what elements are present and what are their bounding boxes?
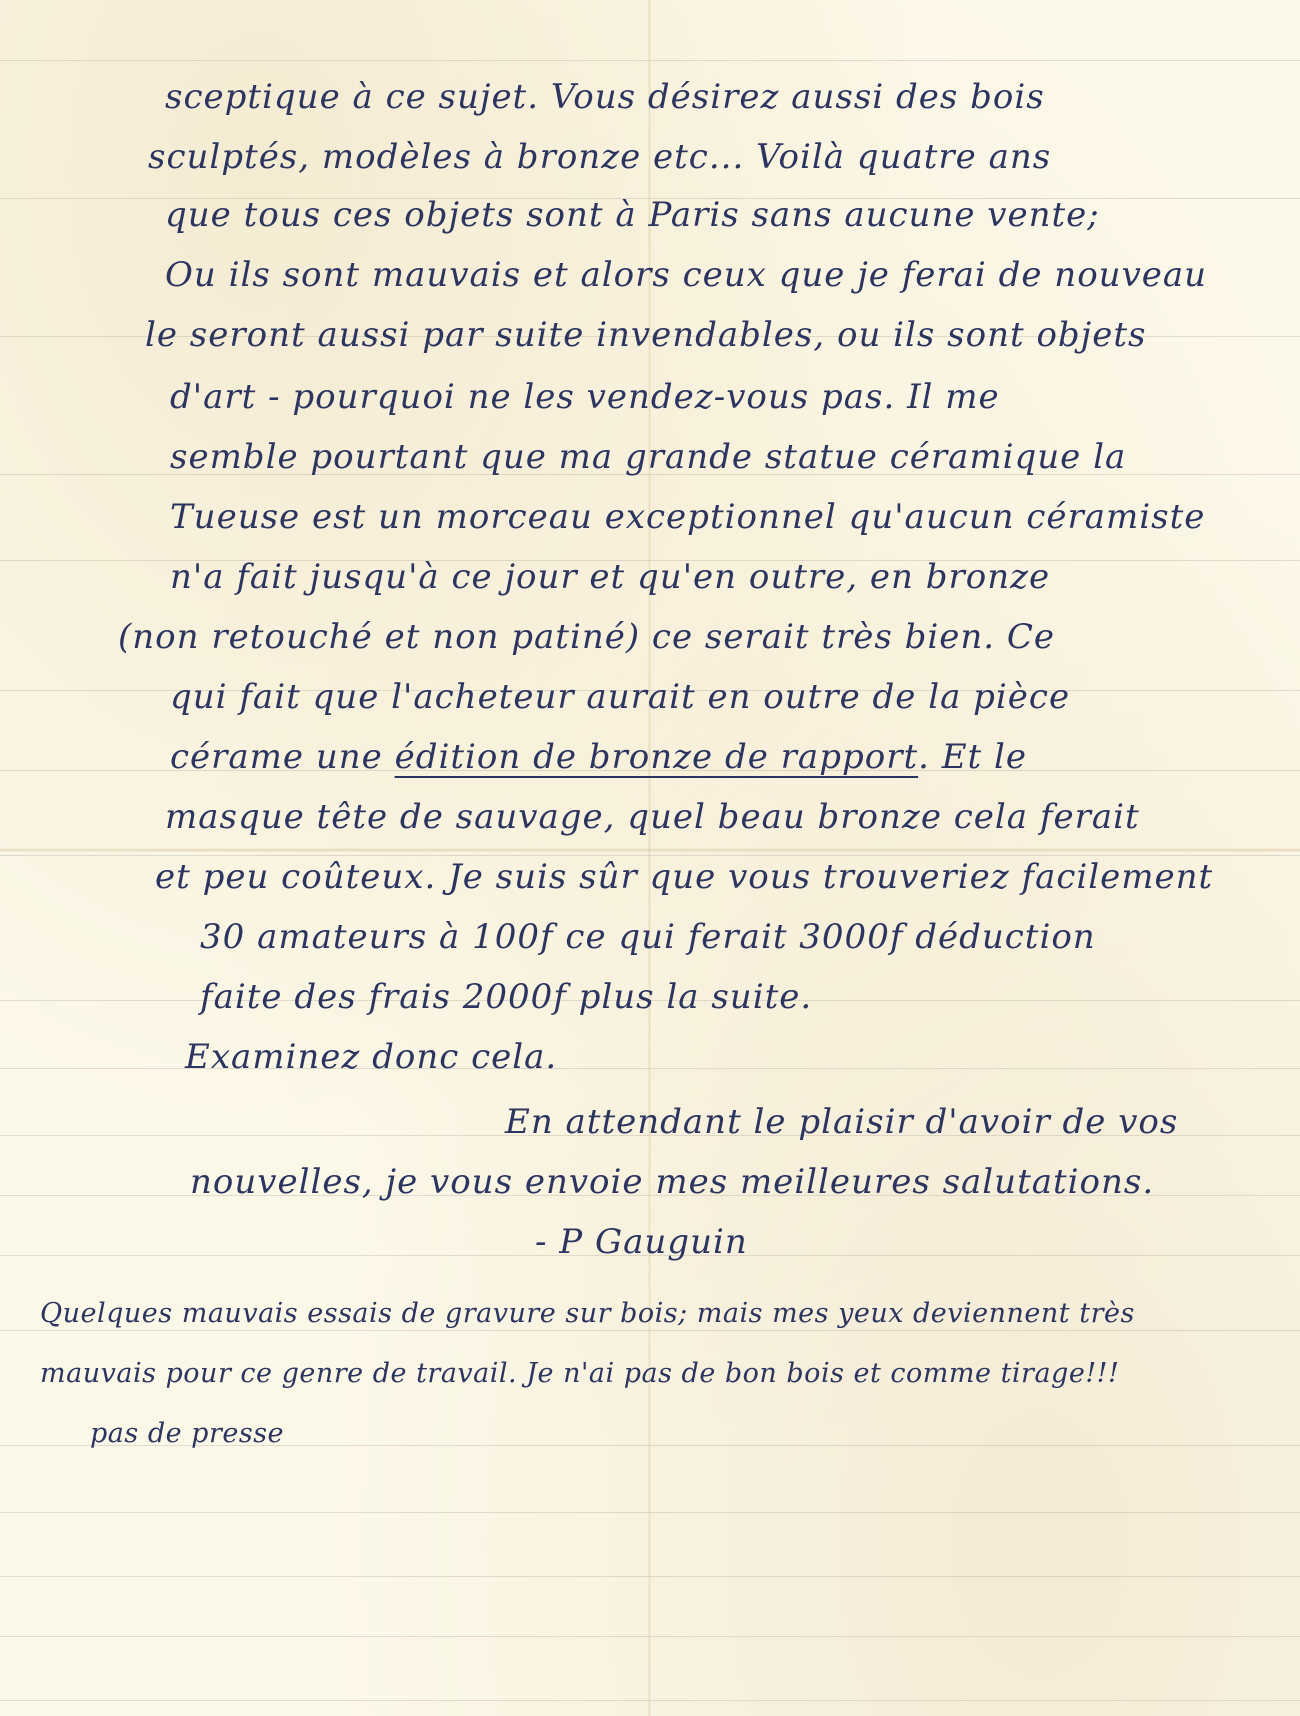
letter-line: Ou ils sont mauvais et alors ceux que je… bbox=[165, 258, 1207, 292]
underline-before: cérame une bbox=[170, 737, 395, 777]
letter-line: sceptique à ce sujet. Vous désirez aussi… bbox=[165, 80, 1045, 114]
signature: - P Gauguin bbox=[535, 1225, 748, 1259]
letter-line: que tous ces objets sont à Paris sans au… bbox=[165, 198, 1100, 232]
letter-line: faite des frais 2000f plus la suite. bbox=[200, 980, 812, 1014]
letter-line: qui fait que l'acheteur aurait en outre … bbox=[170, 680, 1070, 714]
letter-line: semble pourtant que ma grande statue cér… bbox=[170, 440, 1126, 474]
closing-line-2: nouvelles, je vous envoie mes meilleures… bbox=[190, 1165, 1154, 1199]
underline-after: . Et le bbox=[918, 737, 1027, 777]
letter-line: sculptés, modèles à bronze etc... Voilà … bbox=[148, 140, 1051, 174]
letter-line: n'a fait jusqu'à ce jour et qu'en outre,… bbox=[170, 560, 1050, 594]
postscript-line: mauvais pour ce genre de travail. Je n'a… bbox=[40, 1360, 1119, 1387]
letter-line: masque tête de sauvage, quel beau bronze… bbox=[165, 800, 1140, 834]
letter-page: sceptique à ce sujet. Vous désirez aussi… bbox=[0, 0, 1300, 1716]
letter-line: Examinez donc cela. bbox=[185, 1040, 557, 1074]
letter-line: et peu coûteux. Je suis sûr que vous tro… bbox=[155, 860, 1213, 894]
letter-line: (non retouché et non patiné) ce serait t… bbox=[118, 620, 1055, 654]
letter-line: d'art - pourquoi ne les vendez-vous pas.… bbox=[170, 380, 1000, 414]
postscript-line: Quelques mauvais essais de gravure sur b… bbox=[40, 1300, 1135, 1327]
letter-line-underlined: cérame une édition de bronze de rapport.… bbox=[170, 740, 1027, 774]
letter-line: Tueuse est un morceau exceptionnel qu'au… bbox=[170, 500, 1205, 534]
letter-line: le seront aussi par suite invendables, o… bbox=[145, 318, 1146, 352]
letter-line: 30 amateurs à 100f ce qui ferait 3000f d… bbox=[200, 920, 1096, 954]
paper-fold-horizontal bbox=[0, 848, 1300, 852]
underlined-phrase: édition de bronze de rapport bbox=[395, 737, 919, 777]
closing-line-1: En attendant le plaisir d'avoir de vos bbox=[505, 1105, 1178, 1139]
postscript-line: pas de presse bbox=[90, 1420, 284, 1447]
